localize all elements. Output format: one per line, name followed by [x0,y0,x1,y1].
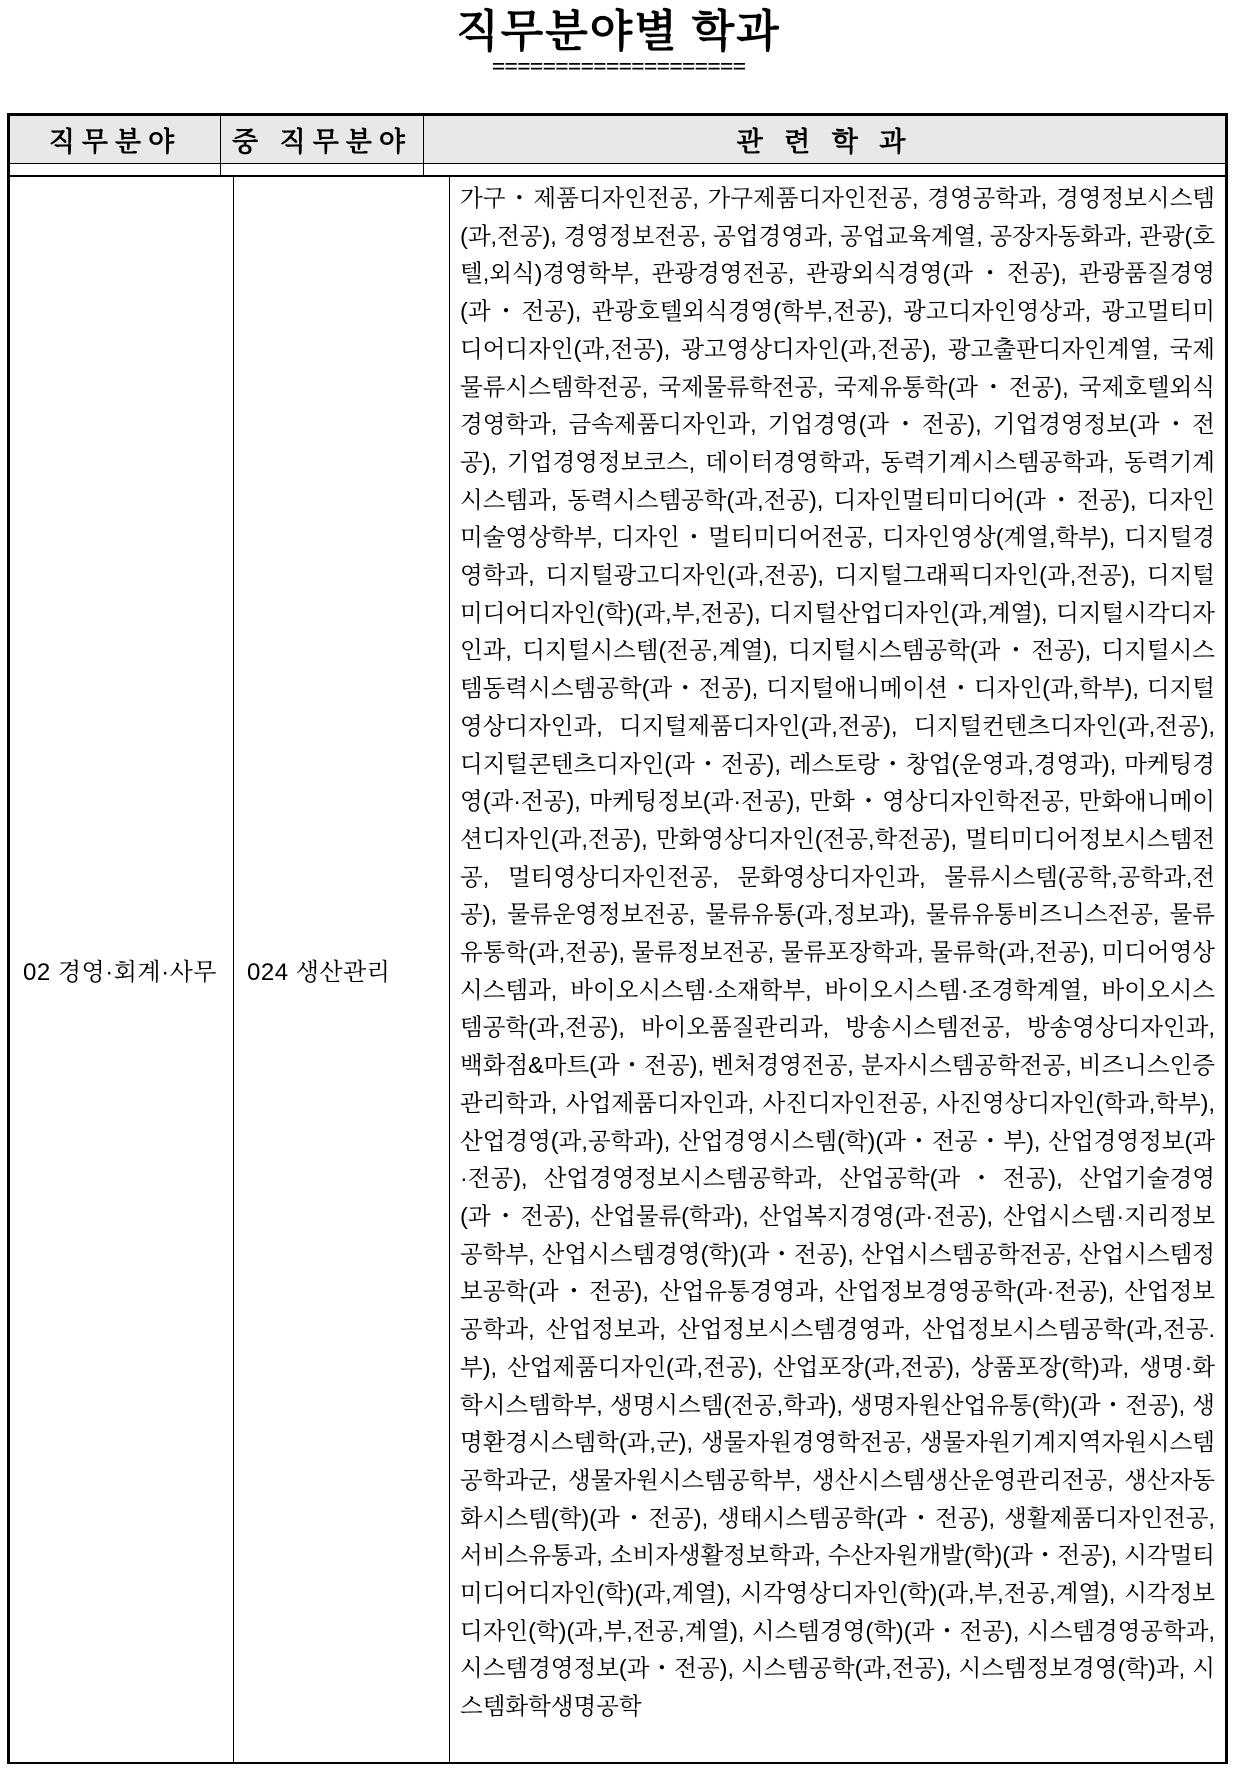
header-job-field: 직무분야 [10,116,221,163]
header-mid-job-field: 중 직무분야 [221,116,424,163]
title-underline-decoration: ==================== [0,58,1237,78]
header-body-double-line-separator [10,164,1225,177]
cell-related-departments: 가구・제품디자인전공, 가구제품디자인전공, 경영공학과, 경영정보시스템(과,… [450,177,1225,1762]
table-row: 02 경영·회계·사무 024 생산관리 가구・제품디자인전공, 가구제품디자인… [10,177,1225,1764]
header-related-departments: 관 련 학 과 [424,116,1225,163]
cell-job-field: 02 경영·회계·사무 [10,177,234,1762]
page-title: 직무분야별 학과 [0,6,1237,58]
related-departments-text: 가구・제품디자인전공, 가구제품디자인전공, 경영공학과, 경영정보시스템(과,… [450,177,1225,1762]
cell-mid-job-field: 024 생산관리 [234,177,450,1762]
table-header-row: 직무분야 중 직무분야 관 련 학 과 [10,116,1225,164]
job-field-departments-table: 직무분야 중 직무분야 관 련 학 과 02 경영·회계·사무 024 생산관리… [7,113,1228,1764]
